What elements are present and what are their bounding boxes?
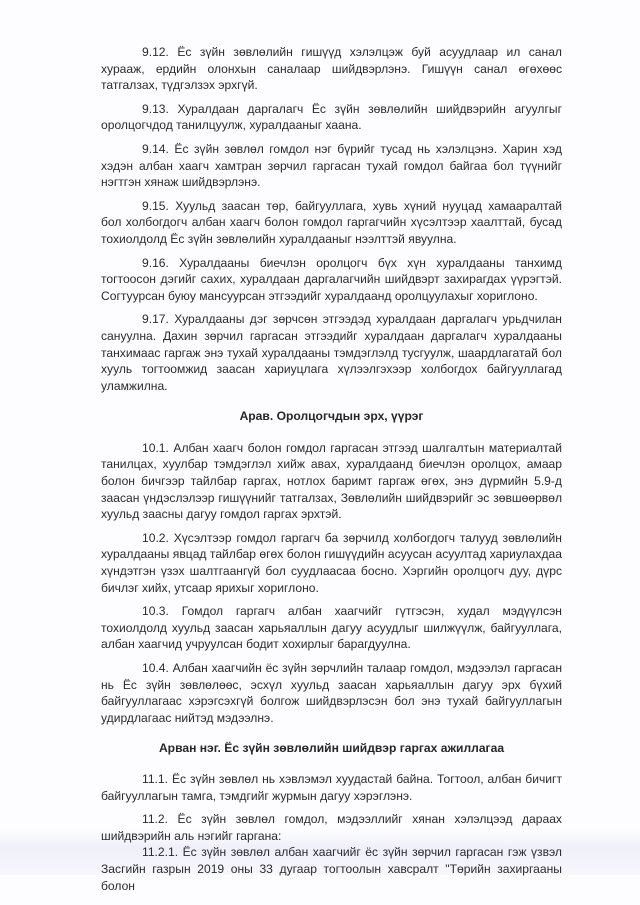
paragraph-number: 9.12.: [142, 45, 169, 59]
section-heading-11: Арван нэг. Ёс зүйн зөвлөлийн шийдвэр гар…: [101, 740, 562, 757]
paragraph-text: Албан хаагчийн ёс зүйн зөрчлийн талаар г…: [101, 661, 562, 725]
paragraph-text: Ёс зүйн зөвлөл гомдол нэг бүрийг тусад н…: [101, 142, 562, 189]
paragraph-text: Гомдол гаргагч албан хаагчийг гүтгэсэн, …: [101, 604, 562, 651]
paragraph-text: Хуульд заасан төр, байгууллага, хувь хүн…: [101, 199, 562, 246]
paragraph-text: Хуралдаан даргалагч Ёс зүйн зөвлөлийн ши…: [101, 102, 562, 133]
paragraph-9-16: 9.16. Хуралдааны биечлэн оролцогч бүх хү…: [101, 255, 562, 305]
paragraph-9-17: 9.17. Хуралдааны дэг зөрчсөн этгээдэд ху…: [101, 311, 562, 394]
paragraph-10-2: 10.2. Хүсэлтээр гомдол гаргагч ба зөрчил…: [101, 530, 562, 596]
paragraph-9-14: 9.14. Ёс зүйн зөвлөл гомдол нэг бүрийг т…: [101, 141, 562, 191]
paragraph-text: Албан хаагч болон гомдол гаргасан этгээд…: [101, 441, 562, 521]
paragraph-10-1: 10.1. Албан хаагч болон гомдол гаргасан …: [101, 440, 562, 523]
paragraph-text: Ёс зүйн зөвлөл гомдол, мэдээллийг хянан …: [101, 812, 562, 843]
paragraph-number: 11.2.: [142, 812, 168, 826]
paragraph-text: Хуралдааны дэг зөрчсөн этгээдэд хуралдаа…: [101, 312, 562, 392]
paragraph-number: 9.16.: [142, 256, 169, 270]
paragraph-number: 9.15.: [142, 199, 169, 213]
paragraph-text: Хүсэлтээр гомдол гаргагч ба зөрчилд холб…: [101, 531, 562, 595]
paragraph-9-15: 9.15. Хуульд заасан төр, байгууллага, ху…: [101, 198, 562, 248]
paragraph-9-13: 9.13. Хуралдаан даргалагч Ёс зүйн зөвлөл…: [101, 101, 562, 134]
paragraph-number: 10.2.: [142, 531, 169, 545]
paragraph-11-2: 11.2. Ёс зүйн зөвлөл гомдол, мэдээллийг …: [101, 811, 562, 844]
paragraph-number: 10.3.: [142, 604, 169, 618]
paragraph-number: 11.2.1.: [142, 845, 178, 859]
paragraph-10-3: 10.3. Гомдол гаргагч албан хаагчийг гүтг…: [101, 603, 562, 653]
paragraph-9-12: 9.12. Ёс зүйн зөвлөлийн гишүүд хэлэлцэж …: [101, 44, 562, 94]
document-page: 9.12. Ёс зүйн зөвлөлийн гишүүд хэлэлцэж …: [0, 0, 640, 905]
paragraph-11-1: 11.1. Ёс зүйн зөвлөл нь хэвлэмэл хуудаст…: [101, 771, 562, 804]
paragraph-number: 10.4.: [142, 661, 169, 675]
paragraph-text: Ёс зүйн зөвлөлийн гишүүд хэлэлцэж буй ас…: [101, 45, 562, 92]
paragraph-number: 9.14.: [142, 142, 169, 156]
document-body: 9.12. Ёс зүйн зөвлөлийн гишүүд хэлэлцэж …: [101, 44, 562, 901]
paragraph-number: 9.17.: [142, 312, 169, 326]
paragraph-number: 10.1.: [142, 441, 169, 455]
section-heading-10: Арав. Оролцогчдын эрх, үүрэг: [101, 408, 562, 425]
paragraph-text: Хуралдааны биечлэн оролцогч бүх хүн хура…: [101, 256, 562, 303]
paragraph-text: Ёс зүйн зөвлөл нь хэвлэмэл хуудастай бай…: [101, 772, 562, 803]
paragraph-number: 11.1.: [142, 772, 168, 786]
paragraph-number: 9.13.: [142, 102, 169, 116]
paragraph-10-4: 10.4. Албан хаагчийн ёс зүйн зөрчлийн та…: [101, 660, 562, 726]
paragraph-11-2-1: 11.2.1. Ёс зүйн зөвлөл албан хаагчийг ёс…: [101, 844, 562, 894]
